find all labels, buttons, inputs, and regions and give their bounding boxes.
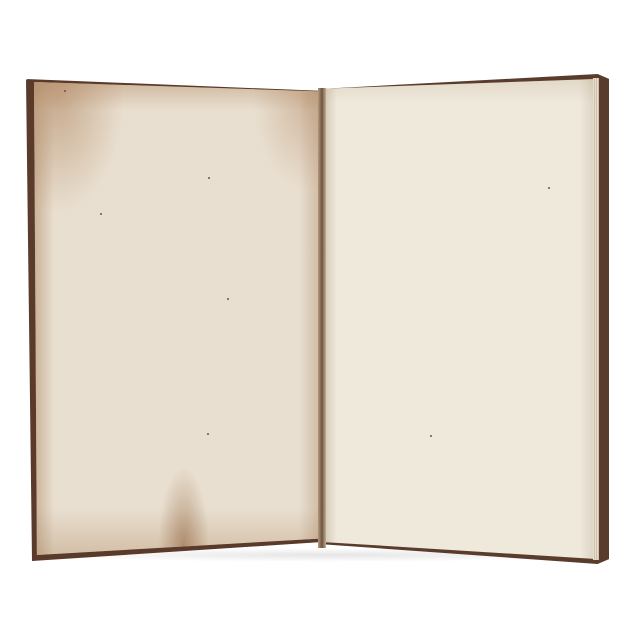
right-page	[326, 79, 596, 559]
foxing-spot	[430, 435, 432, 437]
foxing-spot	[548, 187, 550, 189]
foxing-spot	[227, 298, 229, 300]
book-gutter	[318, 88, 326, 548]
left-page	[34, 82, 322, 555]
foxing-spot	[208, 177, 210, 179]
page-block-edges	[593, 78, 599, 560]
foxing-spot	[100, 213, 102, 215]
foxing-spot	[64, 90, 66, 92]
foxing-spot	[207, 433, 209, 435]
book-photo	[0, 0, 635, 635]
